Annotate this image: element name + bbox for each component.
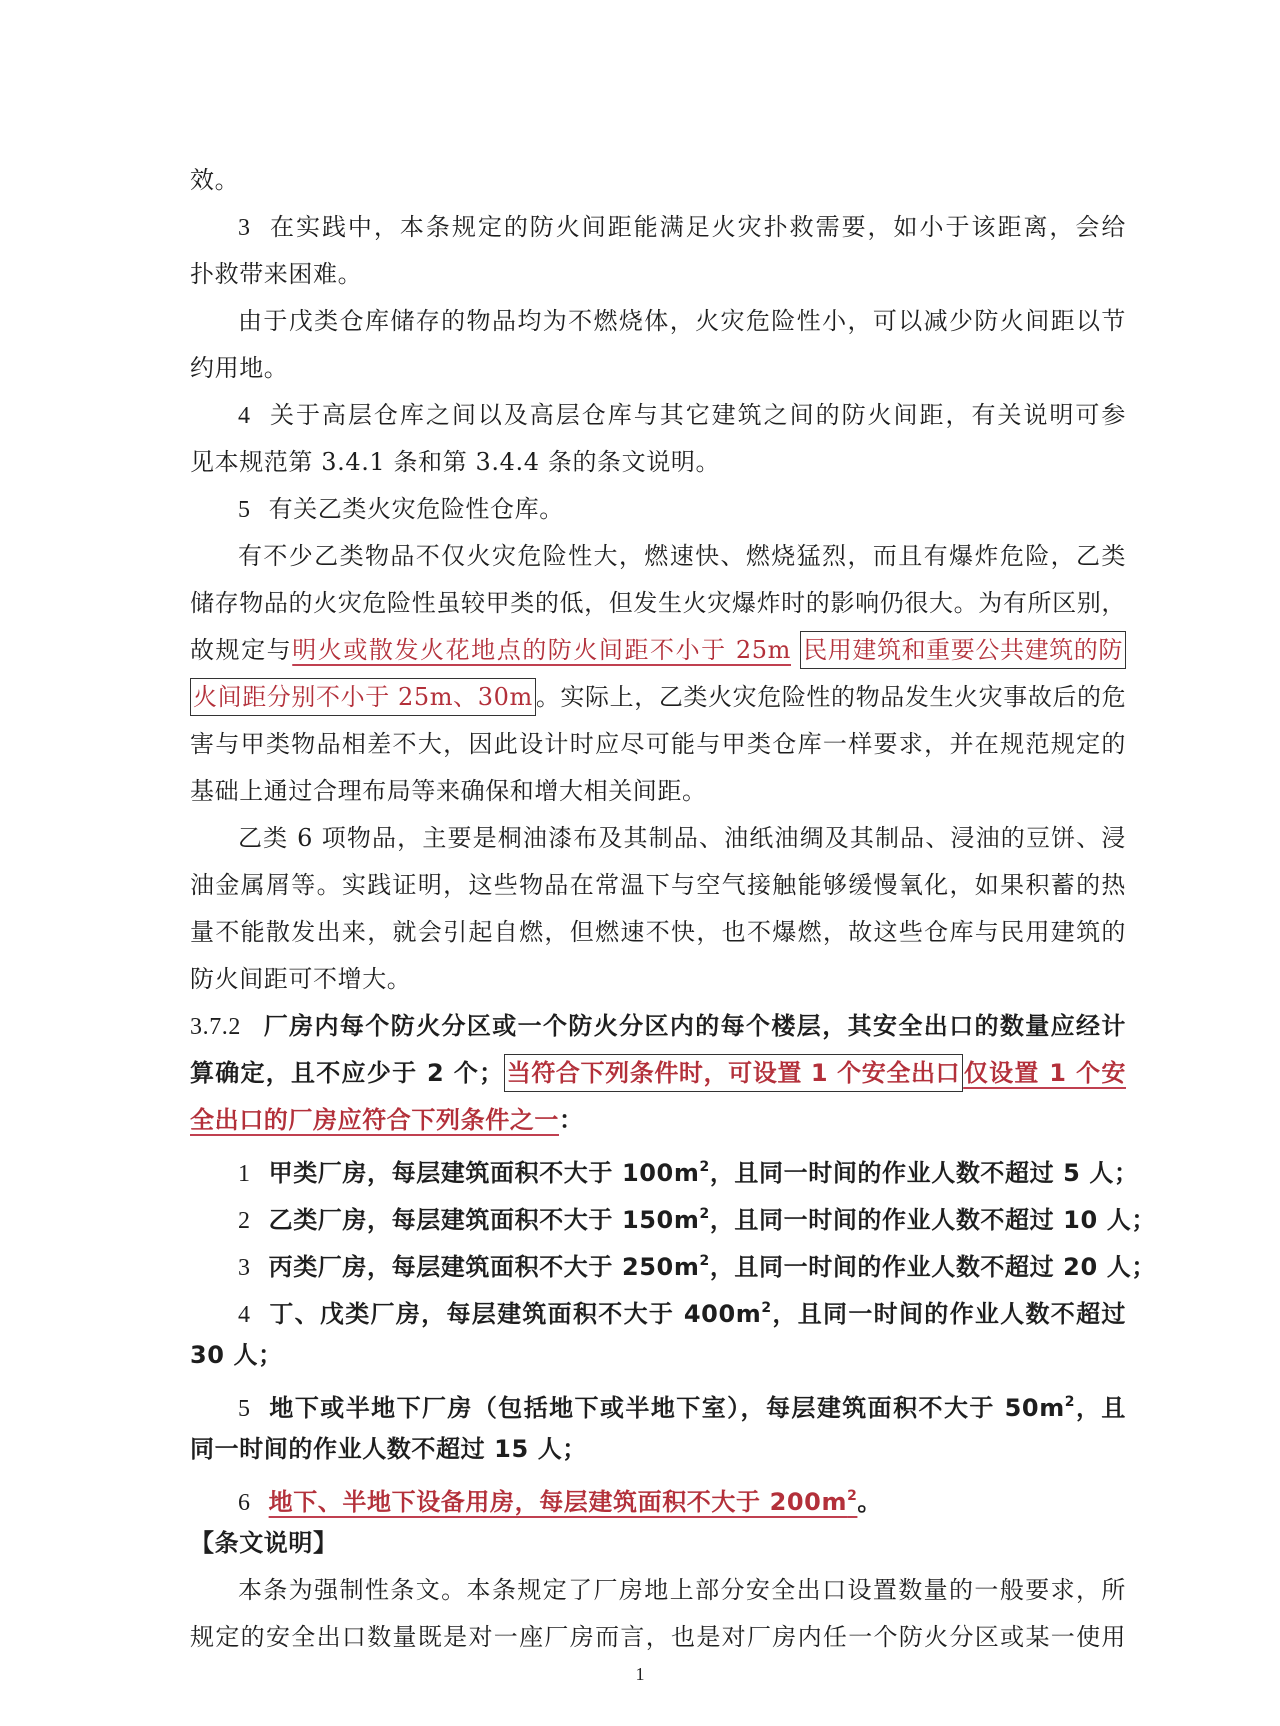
deleted-text-box: 当符合下列条件时，可设置 1 个安全出口 [504, 1054, 963, 1092]
text-line: 火间距分别不小于 25m、30m。实际上，乙类火灾危险性的物品发生火灾事故后的危 [190, 674, 1126, 721]
text-line: 规定的安全出口数量既是对一座厂房而言，也是对厂房内任一个防火分区或某一使用 [190, 1614, 1126, 1661]
text-line: 约用地。 [190, 345, 1126, 392]
text-span: ，且同一时间的作业人数不超过 10 人； [710, 1206, 1156, 1234]
text-line: 量不能散发出来，就会引起自燃，但燃速不快，也不爆燃，故这些仓库与民用建筑的 [190, 909, 1126, 956]
text-span: 油金属屑等。实践证明，这些物品在常温下与空气接触能够缓慢氧化，如果积蓄的热 [190, 871, 1126, 899]
text-line: 本条为强制性条文。本条规定了厂房地上部分安全出口设置数量的一般要求，所 [190, 1567, 1126, 1614]
text-span: 储存物品的火灾危险性虽较甲类的低，但发生火灾爆炸时的影响仍很大。为有所区别， [190, 589, 1126, 617]
text-span: 由于戊类仓库储存的物品均为不燃烧体，火灾危险性小，可以减少防火间距以节 [238, 307, 1126, 335]
text-span: 丙类厂房，每层建筑面积不大于 250m [269, 1253, 700, 1281]
deleted-text-box: 民用建筑和重要公共建筑的防 [800, 631, 1126, 669]
inserted-text: 全出口的厂房应符合下列条件之一 [190, 1106, 559, 1134]
text-line: 故规定与明火或散发火花地点的防火间距不小于 25m 民用建筑和重要公共建筑的防 [190, 627, 1126, 674]
text-line: 防火间距可不增大。 [190, 956, 1126, 1003]
list-item: 2乙类厂房，每层建筑面积不大于 150m2，且同一时间的作业人数不超过 10 人… [190, 1191, 1126, 1238]
text-span: 扑救带来困难。 [190, 260, 362, 288]
list-item: 5地下或半地下厂房（包括地下或半地下室），每层建筑面积不大于 50m2，且 [190, 1379, 1126, 1426]
text-span: 本条为强制性条文。本条规定了厂房地上部分安全出口设置数量的一般要求，所 [238, 1576, 1126, 1604]
text-span: ，且同一时间的作业人数不超过 5 人； [710, 1159, 1139, 1187]
text-span: ： [559, 1106, 584, 1134]
list-item-continuation: 30 人； [190, 1332, 1126, 1379]
text-span: 防火间距可不增大。 [190, 965, 411, 993]
text-span: 丁、戊类厂房，每层建筑面积不大于 400m [269, 1300, 762, 1328]
superscript: 2 [699, 1206, 709, 1222]
item-number: 3 [238, 205, 251, 252]
text-line: 基础上通过合理布局等来确保和增大相关间距。 [190, 768, 1126, 815]
text-span: 乙类厂房，每层建筑面积不大于 150m [269, 1206, 700, 1234]
text-span: 关于高层仓库之间以及高层仓库与其它建筑之间的防火间距，有关说明可参 [269, 401, 1126, 429]
deleted-text-box: 火间距分别不小于 25m、30m [190, 678, 536, 716]
text-span: 故规定与 [190, 636, 292, 664]
text-span: 在实践中，本条规定的防火间距能满足火灾扑救需要，如小于该距离，会给 [269, 213, 1126, 241]
text-line: 害与甲类物品相差不大，因此设计时应尽可能与甲类仓库一样要求，并在规范规定的 [190, 721, 1126, 768]
text-span: 量不能散发出来，就会引起自燃，但燃速不快，也不爆燃，故这些仓库与民用建筑的 [190, 918, 1126, 946]
text-span: ，且 [1075, 1394, 1126, 1422]
text-span: 效。 [190, 166, 239, 194]
document-page: 效。 3在实践中，本条规定的防火间距能满足火灾扑救需要，如小于该距离，会给 扑救… [190, 157, 1126, 1661]
text-span: ，且同一时间的作业人数不超过 20 人； [710, 1253, 1156, 1281]
inserted-text: 仅设置 1 个安 [963, 1059, 1126, 1087]
clause-line: 全出口的厂房应符合下列条件之一： [190, 1097, 1126, 1144]
section-heading: 【条文说明】 [190, 1520, 1126, 1567]
text-span: 乙类 6 项物品，主要是桐油漆布及其制品、油纸油绸及其制品、浸油的豆饼、浸 [238, 824, 1126, 852]
list-item-continuation: 同一时间的作业人数不超过 15 人； [190, 1426, 1126, 1473]
text-span: 基础上通过合理布局等来确保和增大相关间距。 [190, 777, 707, 805]
text-line: 3在实践中，本条规定的防火间距能满足火灾扑救需要，如小于该距离，会给 [190, 204, 1126, 251]
clause-line: 3.7.2厂房内每个防火分区或一个防火分区内的每个楼层，其安全出口的数量应经计 [190, 1003, 1126, 1050]
text-line: 储存物品的火灾危险性虽较甲类的低，但发生火灾爆炸时的影响仍很大。为有所区别， [190, 580, 1126, 627]
text-span: 同一时间的作业人数不超过 15 人； [190, 1435, 587, 1463]
superscript: 2 [761, 1300, 771, 1316]
text-line: 见本规范第 3.4.1 条和第 3.4.4 条的条文说明。 [190, 439, 1126, 486]
superscript: 2 [699, 1253, 709, 1269]
text-span: 规定的安全出口数量既是对一座厂房而言，也是对厂房内任一个防火分区或某一使用 [190, 1623, 1126, 1651]
text-line: 扑救带来困难。 [190, 251, 1126, 298]
clause-number: 3.7.2 [190, 1004, 241, 1051]
list-item: 6地下、半地下设备用房，每层建筑面积不大于 200m2。 [190, 1473, 1126, 1520]
text-span: 害与甲类物品相差不大，因此设计时应尽可能与甲类仓库一样要求，并在规范规定的 [190, 730, 1126, 758]
text-line: 4关于高层仓库之间以及高层仓库与其它建筑之间的防火间距，有关说明可参 [190, 392, 1126, 439]
inserted-text: 地下、半地下设备用房，每层建筑面积不大于 200m2 [269, 1488, 858, 1516]
heading-text: 【条文说明】 [190, 1529, 338, 1557]
text-line: 效。 [190, 157, 1126, 204]
text-span: 30 人； [190, 1341, 283, 1369]
item-number: 5 [238, 487, 251, 534]
clause-line: 算确定，且不应少于 2 个；当符合下列条件时，可设置 1 个安全出口仅设置 1 … [190, 1050, 1126, 1097]
inserted-text: 明火或散发火花地点的防火间距不小于 25m [292, 636, 791, 664]
list-item: 3丙类厂房，每层建筑面积不大于 250m2，且同一时间的作业人数不超过 20 人… [190, 1238, 1126, 1285]
text-span: 地下或半地下厂房（包括地下或半地下室），每层建筑面积不大于 50m [269, 1394, 1065, 1422]
text-line: 乙类 6 项物品，主要是桐油漆布及其制品、油纸油绸及其制品、浸油的豆饼、浸 [190, 815, 1126, 862]
text-span: 算确定，且不应少于 2 个； [190, 1059, 504, 1087]
superscript: 2 [1065, 1394, 1075, 1410]
item-number: 4 [238, 393, 251, 440]
text-span: 约用地。 [190, 354, 288, 382]
text-line: 5有关乙类火灾危险性仓库。 [190, 486, 1126, 533]
text-span: ，且同一时间的作业人数不超过 [772, 1300, 1126, 1328]
text-span: 有不少乙类物品不仅火灾危险性大，燃速快、燃烧猛烈，而且有爆炸危险，乙类 [238, 542, 1126, 570]
text-span: 。 [857, 1488, 882, 1516]
text-line: 由于戊类仓库储存的物品均为不燃烧体，火灾危险性小，可以减少防火间距以节 [190, 298, 1126, 345]
text-line: 有不少乙类物品不仅火灾危险性大，燃速快、燃烧猛烈，而且有爆炸危险，乙类 [190, 533, 1126, 580]
superscript: 2 [847, 1488, 857, 1504]
text-span: 厂房内每个防火分区或一个防火分区内的每个楼层，其安全出口的数量应经计 [263, 1012, 1126, 1040]
text-span: 地下、半地下设备用房，每层建筑面积不大于 200m [269, 1488, 847, 1516]
text-line: 油金属屑等。实践证明，这些物品在常温下与空气接触能够缓慢氧化，如果积蓄的热 [190, 862, 1126, 909]
text-span: 见本规范第 3.4.1 条和第 3.4.4 条的条文说明。 [190, 448, 720, 476]
superscript: 2 [699, 1159, 709, 1175]
text-span: 甲类厂房，每层建筑面积不大于 100m [269, 1159, 700, 1187]
page-number: 1 [0, 1664, 1280, 1685]
list-item: 4丁、戊类厂房，每层建筑面积不大于 400m2，且同一时间的作业人数不超过 [190, 1285, 1126, 1332]
text-span: 有关乙类火灾危险性仓库。 [269, 495, 564, 523]
list-item: 1甲类厂房，每层建筑面积不大于 100m2，且同一时间的作业人数不超过 5 人； [190, 1144, 1126, 1191]
text-span: 。实际上，乙类火灾危险性的物品发生火灾事故后的危 [536, 683, 1126, 711]
